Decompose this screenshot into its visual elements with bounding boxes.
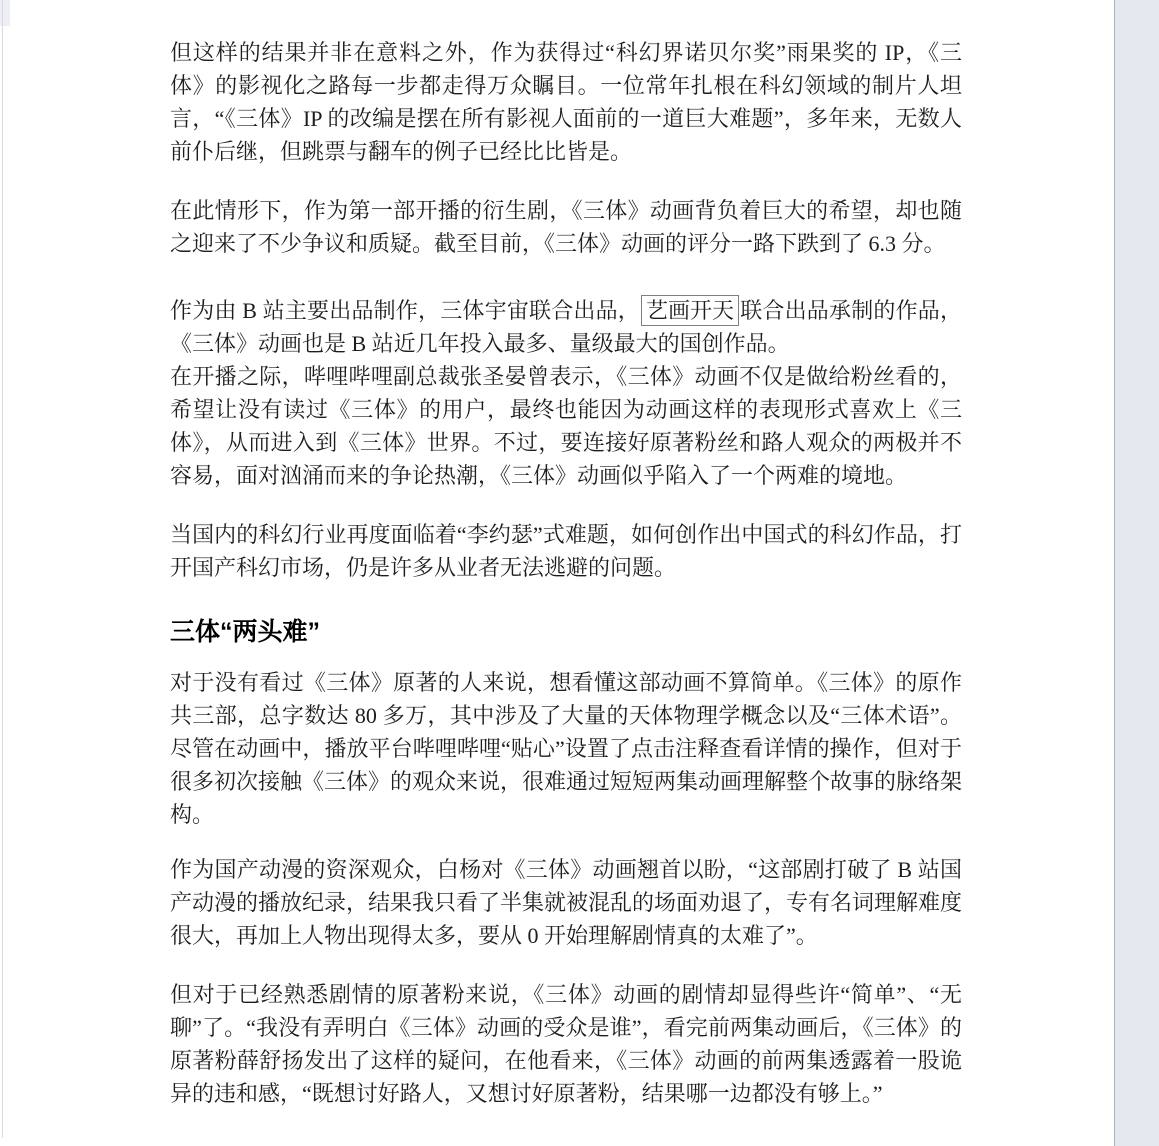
page-left-edge-line	[2, 0, 3, 1138]
paragraph-original-fans-quote: 但对于已经熟悉剧情的原著粉来说，《三体》动画的剧情却显得些许“简单”、“无聊”了…	[170, 978, 962, 1110]
paragraph-newcomer-difficulty: 对于没有看过《三体》原著的人来说，想看懂这部动画不算简单。《三体》的原作共三部，…	[170, 666, 962, 831]
document-page: 但这样的结果并非在意料之外，作为获得过“科幻界诺贝尔奖”雨果奖的 IP，《三体》…	[3, 0, 1114, 1146]
paragraph-producers-text-before: 作为由 B 站主要出品制作，三体宇宙联合出品，	[170, 298, 640, 323]
paragraph-viewer-baiyang-quote: 作为国产动漫的资深观众，白杨对《三体》动画翘首以盼，“这部剧打破了 B 站国产动…	[170, 853, 962, 952]
paragraph-producers: 作为由 B 站主要出品制作，三体宇宙联合出品，艺画开天联合出品承制的作品，《三体…	[170, 294, 962, 360]
section-heading: 三体“两头难”	[170, 614, 962, 650]
paragraph-bilibili-statement: 在开播之际，哔哩哔哩副总裁张圣晏曾表示，《三体》动画不仅是做给粉丝看的，希望让没…	[170, 360, 962, 492]
boxed-term-annotation: 艺画开天	[641, 295, 739, 326]
paragraph-rating-drop: 在此情形下，作为第一部开播的衍生剧，《三体》动画背负着巨大的希望，却也随之迎来了…	[170, 194, 962, 260]
viewer-right-gutter	[1114, 0, 1159, 1146]
article-body: 但这样的结果并非在意料之外，作为获得过“科幻界诺贝尔奖”雨果奖的 IP，《三体》…	[170, 36, 962, 1110]
paragraph-adaptation-difficulty: 但这样的结果并非在意料之外，作为获得过“科幻界诺贝尔奖”雨果奖的 IP，《三体》…	[170, 36, 962, 168]
paragraph-scifi-industry: 当国内的科幻行业再度面临着“李约瑟”式难题，如何创作出中国式的科幻作品，打开国产…	[170, 518, 962, 584]
